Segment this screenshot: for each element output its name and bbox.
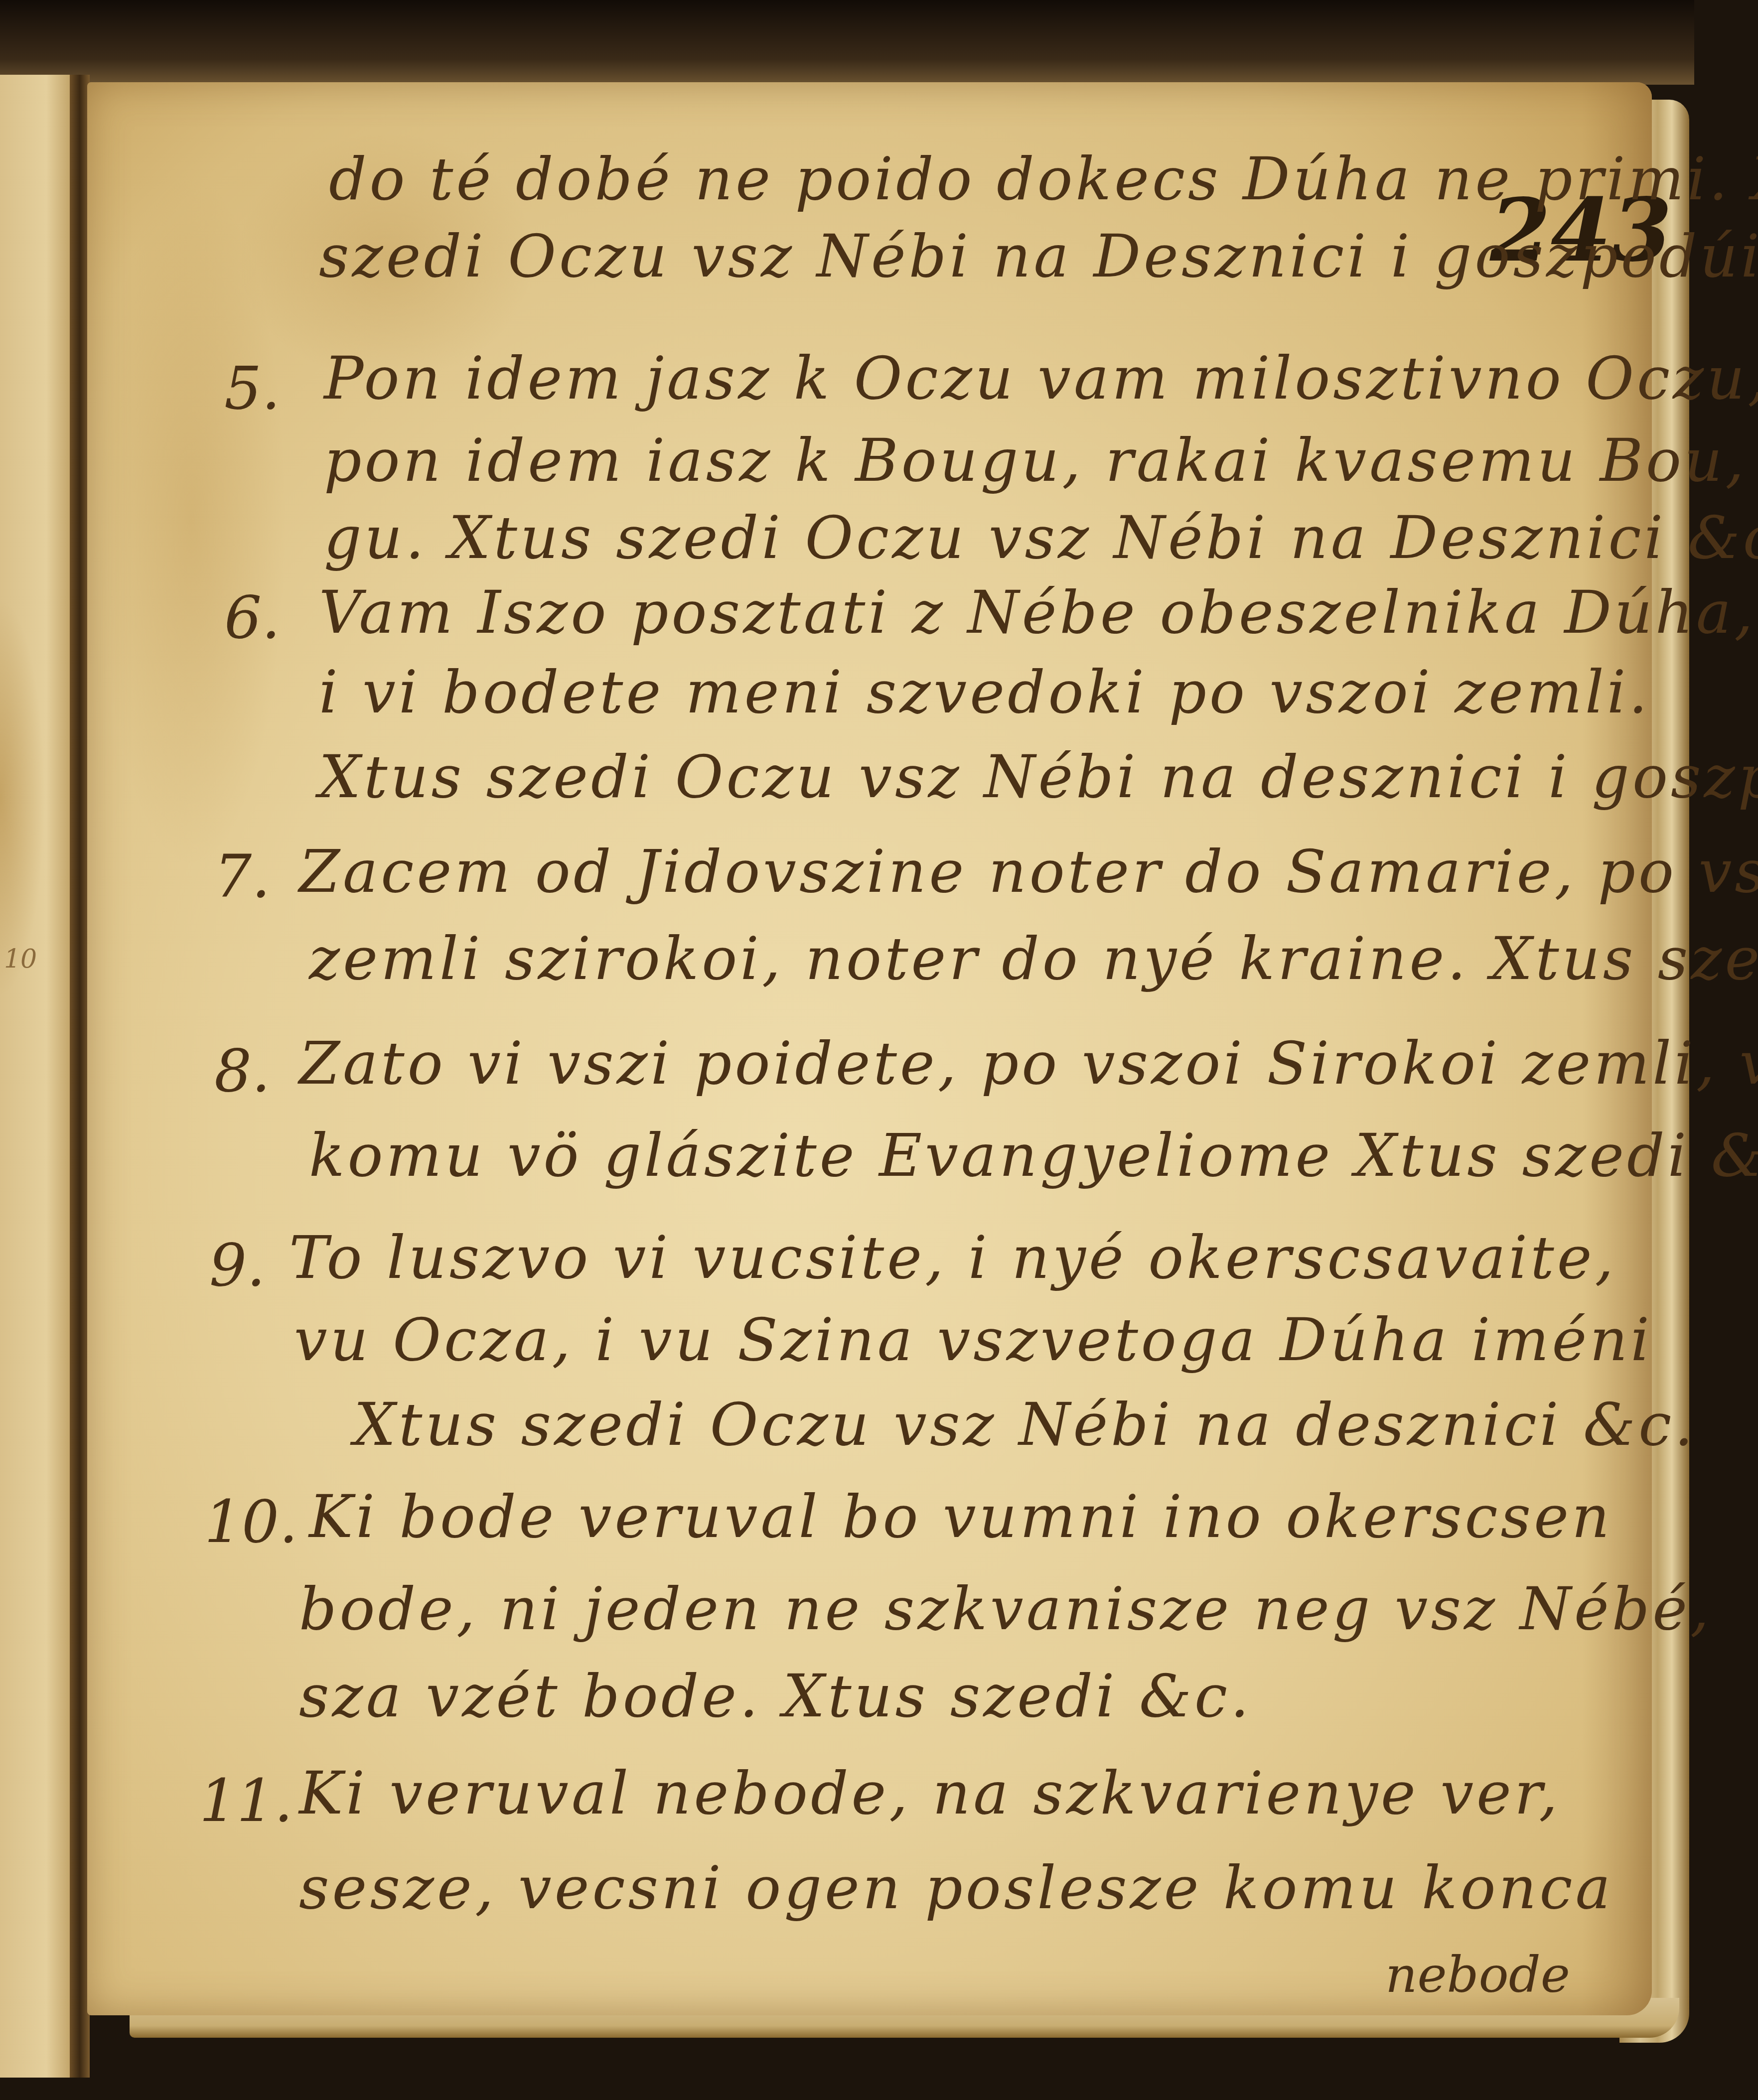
manuscript-line: szedi Oczu vsz Nébi na Desznici i goszpo…: [319, 222, 1758, 290]
book-gutter: [70, 75, 90, 2078]
manuscript-line: komu vö glászite Evangyeliome Xtus szedi…: [309, 1121, 1758, 1190]
verse-number: 10.: [204, 1487, 298, 1556]
facing-left-page: [0, 75, 77, 2078]
verse-number: 9.: [209, 1231, 266, 1299]
manuscript-line: gu. Xtus szedi Oczu vsz Nébi na Desznici…: [324, 503, 1758, 572]
manuscript-line: Ki veruval nebode, na szkvarienye ver,: [299, 1759, 1561, 1827]
verse-number: 5.: [224, 354, 281, 422]
water-stain: [0, 598, 45, 996]
manuscript-line: do té dobé ne poido dokecs Dúha ne primi…: [329, 144, 1758, 213]
manuscript-line: Zato vi vszi poidete, po vszoi Sirokoi z…: [299, 1029, 1758, 1098]
verse-number: 7.: [214, 842, 271, 911]
facing-page-margin-number: 10: [4, 944, 37, 974]
manuscript-line: Ki bode veruval bo vumni ino okerscsen: [309, 1482, 1612, 1551]
manuscript-line: i vi bodete meni szvedoki po vszoi zemli…: [319, 658, 1650, 726]
manuscript-line: vu Ocza, i vu Szina vszvetoga Dúha iméni: [294, 1305, 1652, 1374]
verse-number: 6.: [224, 583, 281, 652]
manuscript-line: Vam Iszo posztati z Nébe obeszelnika Dúh…: [319, 578, 1756, 647]
verse-number: 8.: [214, 1036, 271, 1105]
manuscript-line: Xtus szedi Oczu vsz Nébi na desznici i g…: [319, 742, 1758, 811]
manuscript-line: sesze, vecsni ogen poslesze komu konca: [299, 1853, 1613, 1922]
manuscript-line: To luszvo vi vucsite, i nyé okerscsavait…: [289, 1223, 1616, 1292]
manuscript-line: Zacem od Jidovszine noter do Samarie, po…: [299, 837, 1758, 906]
manuscript-line: pon idem iasz k Bougu, rakai kvasemu Bou…: [324, 426, 1747, 495]
book-top-shadow: [0, 0, 1694, 85]
catchword: nebode: [1385, 1946, 1570, 2004]
manuscript-line: Xtus szedi Oczu vsz Nébi na desznici &c.: [354, 1390, 1696, 1459]
manuscript-line: sza vzét bode. Xtus szedi &c.: [299, 1662, 1252, 1730]
manuscript-line: bode, ni jeden ne szkvanisze neg vsz Néb…: [299, 1574, 1712, 1643]
manuscript-line: Pon idem jasz k Oczu vam milosztivno Ocz…: [324, 344, 1758, 413]
verse-number: 11.: [199, 1766, 293, 1835]
manuscript-line: zemli szirokoi, noter do nyé kraine. Xtu…: [309, 924, 1758, 993]
